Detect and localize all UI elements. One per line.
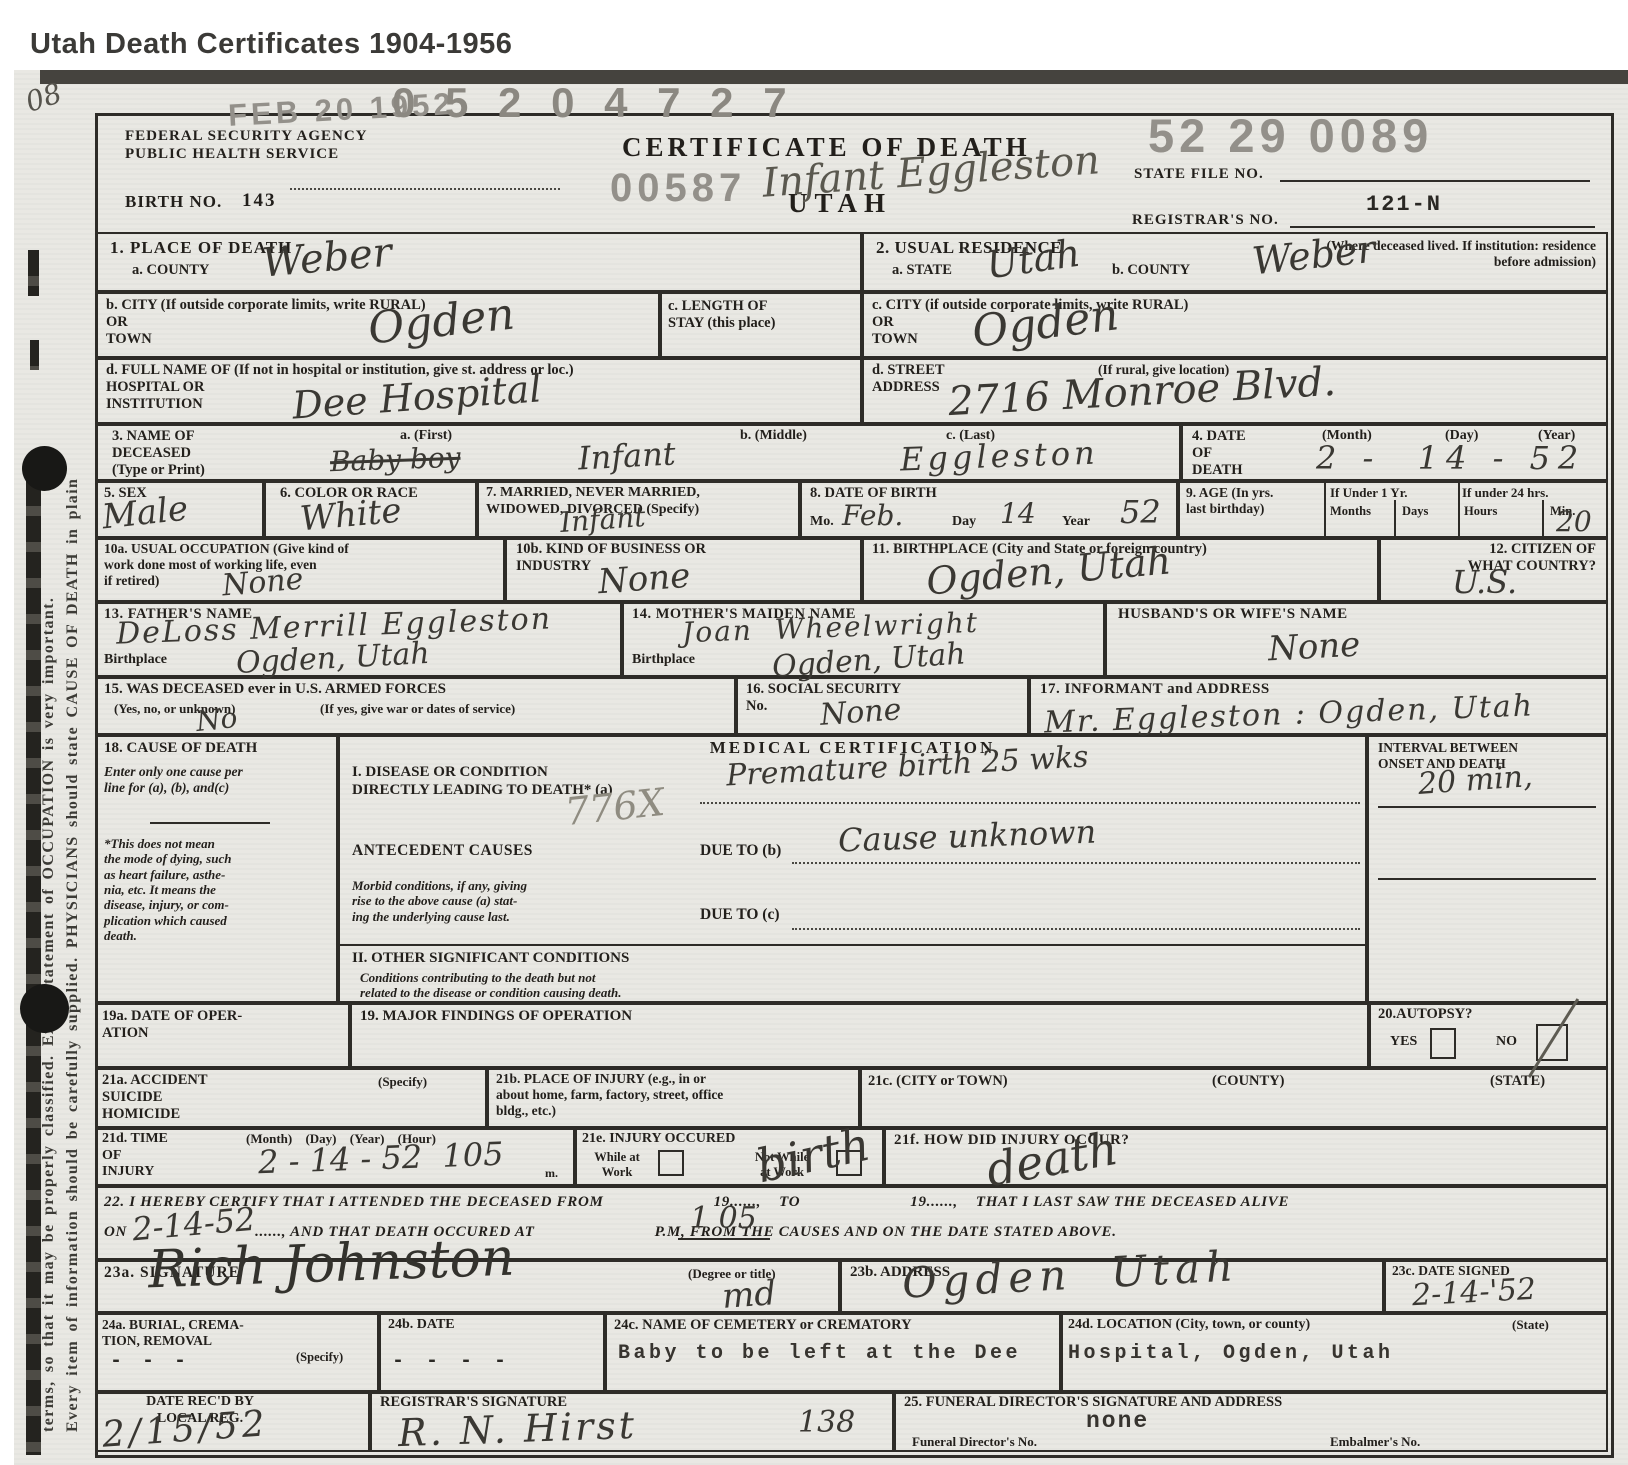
registrar-signature-value: R. N. Hirst <box>397 1406 637 1452</box>
death-time-value: 1 05 <box>690 1204 757 1234</box>
time-of-injury-suffix: m. <box>545 1166 558 1180</box>
burial-location-label: 24d. LOCATION (City, town, or county) <box>1068 1317 1310 1334</box>
age-under24-label: If under 24 hrs. <box>1462 485 1548 500</box>
operation-findings-label: 19. MAJOR FINDINGS OF OPERATION <box>360 1008 632 1026</box>
age-label: 9. AGE (In yrs. last birthday) <box>1186 485 1273 517</box>
scan-edge-artifact <box>30 340 39 370</box>
spouse-value: None <box>1267 628 1361 667</box>
injury-occurred-label: 21e. INJURY OCCURED <box>582 1131 735 1148</box>
cause-note1: Enter only one cause per line for (a), (… <box>104 764 243 796</box>
antecedent-label: ANTECEDENT CAUSES <box>352 842 533 860</box>
date-of-death-title: 4. DATE OF DEATH <box>1192 428 1246 479</box>
armed-forces-note2: (If yes, give war or dates of service) <box>320 701 515 716</box>
business-value: None <box>597 559 691 599</box>
pod-county-value: Weber <box>261 232 394 283</box>
armed-forces-label: 15. WAS DECEASED ever in U.S. ARMED FORC… <box>104 681 446 699</box>
serial-number-stamp: 0 5 2 0 4 7 2 7 <box>392 82 796 124</box>
physician-signature: Rich Johnston <box>147 1232 515 1297</box>
dob-month-value: Feb. <box>842 502 903 530</box>
age-min-value: 20 <box>1556 508 1592 536</box>
other-conditions-label: II. OTHER SIGNIFICANT CONDITIONS <box>352 950 629 968</box>
degree-value: md <box>721 1276 777 1314</box>
length-of-stay-label: c. LENGTH OF STAY (this place) <box>668 298 775 332</box>
dod-value: 2 - 14 - 52 <box>1316 442 1586 474</box>
registrar-number: 138 <box>798 1408 855 1438</box>
father-birthplace-label: Birthplace <box>104 652 167 669</box>
autopsy-label: 20.AUTOPSY? <box>1378 1006 1472 1023</box>
punch-hole <box>20 984 69 1033</box>
embalmer-no-label: Embalmer's No. <box>1330 1434 1420 1449</box>
last-name-value: Eggleston <box>900 437 1100 476</box>
age-months-label: Months <box>1330 504 1371 519</box>
burial-date-label: 24b. DATE <box>388 1317 455 1334</box>
burial-state-label: (State) <box>1512 1317 1549 1332</box>
scan-edge-artifact <box>28 250 39 296</box>
cemetery-label: 24c. NAME OF CEMETERY or CREMATORY <box>614 1317 912 1334</box>
sex-value: Male <box>100 492 189 535</box>
burial-label: 24a. BURIAL, CREMA- TION, REMOVAL <box>102 1317 244 1349</box>
dob-year-label: Year <box>1062 514 1090 531</box>
morbid-note: Morbid conditions, if any, giving rise t… <box>352 878 527 924</box>
accident-specify-label: (Specify) <box>378 1074 427 1089</box>
first-name-struck-value: Baby boy <box>330 444 461 477</box>
age-hours-label: Hours <box>1464 504 1497 519</box>
burial-specify-label: (Specify) <box>296 1350 343 1365</box>
cemetery-value: Baby to be left at the Dee <box>618 1344 1021 1364</box>
due-b-value: Cause unknown <box>838 816 1097 857</box>
operation-date-label: 19a. DATE OF OPER- ATION <box>102 1008 242 1042</box>
injury-county-label: (COUNTY) <box>1212 1073 1285 1090</box>
scanned-death-certificate-page: Utah Death Certificates 1904-1956 Every … <box>0 0 1628 1465</box>
birth-no-value: 143 <box>242 190 277 212</box>
certify-line1-19b: 19......, <box>910 1194 958 1210</box>
spouse-label: HUSBAND'S OR WIFE'S NAME <box>1118 606 1348 624</box>
registrar-no-value: 121-N <box>1366 194 1442 216</box>
while-at-work-label: While at Work <box>584 1150 650 1180</box>
time-of-injury-value: 2 - 14 - 52 105 <box>258 1138 504 1179</box>
other-conditions-note: Conditions contributing to the death but… <box>360 970 621 1001</box>
birth-no-label: BIRTH NO. <box>125 192 222 212</box>
state-file-no-label: STATE FILE NO. <box>1134 166 1264 184</box>
first-name-value: Infant <box>577 437 676 474</box>
interval-value: 20 min, <box>1417 762 1533 800</box>
cause-note2: *This does not mean the mode of dying, s… <box>104 836 231 943</box>
burial-date-value: - - - - <box>392 1352 511 1372</box>
due-c-label: DUE TO (c) <box>700 906 780 924</box>
burial-location-value: Hospital, Ogden, Utah <box>1068 1344 1394 1364</box>
state-file-stamp: 52 29 0089 <box>1148 112 1433 159</box>
funeral-director-no-label: Funeral Director's No. <box>912 1434 1037 1449</box>
residence-title-note: (Where deceased lived. If institution: r… <box>1158 238 1596 270</box>
time-of-injury-label: 21d. TIME OF INJURY <box>102 1131 168 1181</box>
autopsy-yes-label: YES <box>1390 1034 1417 1051</box>
cause-title: 18. CAUSE OF DEATH <box>104 740 257 758</box>
scan-edge-artifact <box>26 480 41 1455</box>
place-of-injury-label: 21b. PLACE OF INJURY (e.g., in or about … <box>496 1071 723 1119</box>
pod-county-label: a. COUNTY <box>132 262 209 279</box>
informant-label: 17. INFORMANT and ADDRESS <box>1040 681 1270 699</box>
race-value: White <box>299 494 403 537</box>
marital-value: Infant <box>559 503 646 537</box>
residence-state-label: a. STATE <box>892 262 952 279</box>
certify-line1-post: THAT I LAST SAW THE DECEASED ALIVE <box>976 1194 1289 1210</box>
burial-value: - - - <box>110 1352 190 1372</box>
name-title: 3. NAME OF DECEASED (Type or Print) <box>112 428 205 479</box>
certify-line1-to: TO <box>779 1194 800 1210</box>
dob-day-label: Day <box>952 514 976 531</box>
armed-forces-value: No <box>195 704 239 736</box>
mother-birthplace-label: Birthplace <box>632 652 695 669</box>
age-under1-label: If Under 1 Yr. <box>1330 485 1408 500</box>
scan-top-edge <box>40 70 1628 84</box>
sidebar-instruction-inner: Every item of information should be care… <box>64 478 82 1432</box>
injury-state-label: (STATE) <box>1490 1073 1545 1090</box>
agency-name: FEDERAL SECURITY AGENCY PUBLIC HEALTH SE… <box>125 128 368 163</box>
injury-city-label: 21c. (CITY or TOWN) <box>868 1073 1008 1090</box>
funeral-director-value: none <box>1086 1410 1149 1433</box>
while-at-work-checkbox <box>658 1150 684 1176</box>
registrar-no-label: REGISTRAR'S NO. <box>1132 212 1279 230</box>
citizen-value: U.S. <box>1452 566 1517 598</box>
certify-line2-on: ON <box>104 1224 127 1240</box>
due-b-label: DUE TO (b) <box>700 842 781 860</box>
punch-hole <box>22 446 67 491</box>
street-address-label: d. STREET ADDRESS <box>872 362 945 396</box>
autopsy-yes-checkbox <box>1430 1028 1456 1059</box>
accident-label: 21a. ACCIDENT SUICIDE HOMICIDE <box>102 1072 208 1123</box>
cause-code-pencil: 776X <box>563 783 666 831</box>
ssn-value: None <box>819 695 902 731</box>
occupation-value: None <box>221 565 305 602</box>
autopsy-no-label: NO <box>1496 1034 1517 1051</box>
dob-month-label: Mo. <box>810 514 834 531</box>
certificate-number-stamp: 00587 <box>610 168 746 208</box>
dob-day-value: 14 <box>1000 500 1036 528</box>
dob-year-value: 52 <box>1120 496 1161 528</box>
page-title: Utah Death Certificates 1904-1956 <box>30 28 512 61</box>
age-days-label: Days <box>1402 504 1428 519</box>
residence-county-label: b. COUNTY <box>1112 262 1190 279</box>
date-signed-value: 2-14-'52 <box>1411 1275 1536 1311</box>
middle-name-label: b. (Middle) <box>740 428 807 445</box>
